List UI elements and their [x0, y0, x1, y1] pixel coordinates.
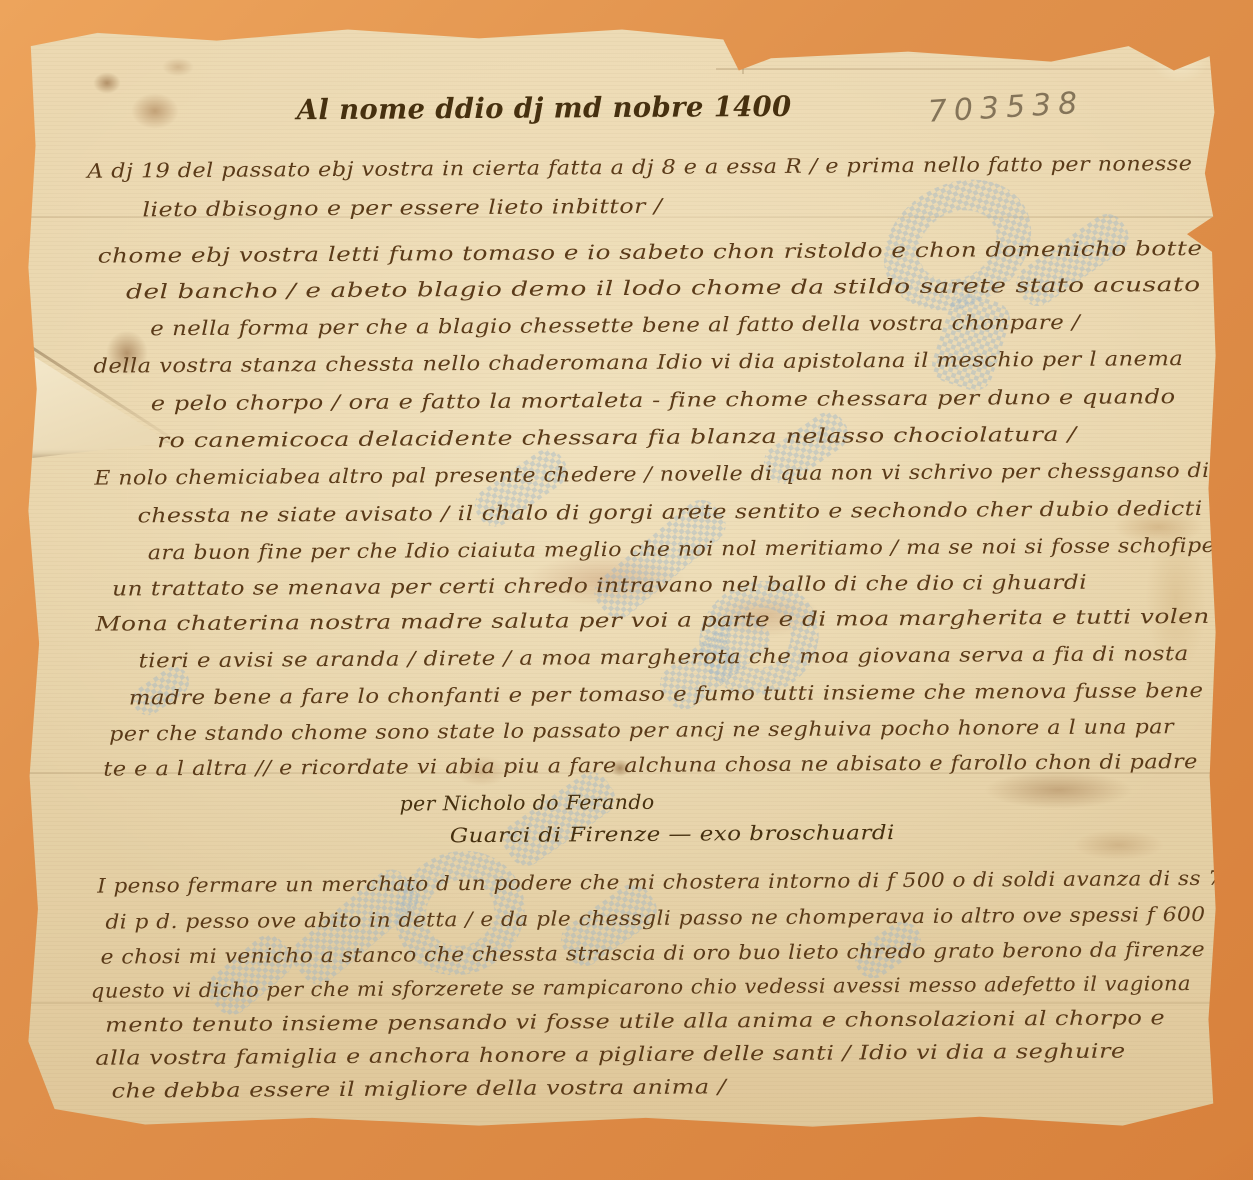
- scanned-manuscript: 703538 Al nome ddio dj md nobre 1400A dj…: [0, 0, 1253, 1180]
- manuscript-line: e chosi mi venicho a stanco che chessta …: [101, 939, 1206, 967]
- manuscript-line: A dj 19 del passato ebj vostra in cierta…: [87, 153, 1192, 181]
- manuscript-line: alla vostra famiglia e anchora honore a …: [95, 1040, 1125, 1067]
- manuscript-line: ro canemicoca delacidente chessara fia b…: [157, 424, 1077, 450]
- manuscript-line: un trattato se menava per certi chredo i…: [112, 572, 1087, 599]
- manuscript-line: questo vi dicho per che mi sforzerete se…: [91, 973, 1191, 1001]
- archive-number: 703538: [927, 84, 1119, 130]
- manuscript-text: 703538 Al nome ddio dj md nobre 1400A dj…: [22, 20, 1222, 1134]
- manuscript-line: tieri e avisi se aranda / direte / a moa…: [139, 643, 1189, 670]
- signature-line: per Nicholo do Ferando: [400, 792, 655, 814]
- fold-crease: [742, 26, 744, 74]
- manuscript-line: della vostra stanza chessta nello chader…: [93, 348, 1183, 376]
- manuscript-line: I penso fermare un merchato d un podere …: [97, 868, 1222, 896]
- manuscript-line: ara buon fine per che Idio ciaiuta megli…: [148, 535, 1223, 563]
- manuscript-line: lieto dbisogno e per essere lieto inbitt…: [142, 196, 662, 220]
- manuscript-line: e pelo chorpo / ora e fatto la mortaleta…: [151, 386, 1176, 413]
- manuscript-line: di p d. pesso ove abito in detta / e da …: [105, 904, 1205, 932]
- manuscript-page: 703538 Al nome ddio dj md nobre 1400A dj…: [26, 24, 1218, 1130]
- manuscript-line: E nolo chemiciabea altro pal presente ch…: [94, 460, 1209, 488]
- manuscript-line: e nella forma per che a blagio chessette…: [150, 312, 1080, 338]
- manuscript-line: madre bene a fare lo chonfanti e per tom…: [129, 680, 1204, 708]
- manuscript-line: chome ebj vostra letti fumo tomaso e io …: [98, 238, 1203, 266]
- header-line: Al nome ddio dj md nobre 1400: [297, 93, 792, 124]
- manuscript-line: del bancho / e abeto blagio demo il lodo…: [126, 274, 1201, 302]
- manuscript-line: mento tenuto insieme pensando vi fosse u…: [105, 1007, 1165, 1034]
- manuscript-line: che debba essere il migliore della vostr…: [112, 1076, 727, 1100]
- manuscript-line: te e a l altra // e ricordate vi abia pi…: [103, 751, 1198, 779]
- manuscript-line: per che stando chome sono state lo passa…: [109, 716, 1174, 743]
- signature-line: Guarci di Firenze — exo broschuardi: [450, 822, 895, 845]
- manuscript-line: Mona chaterina nostra madre saluta per v…: [95, 606, 1210, 634]
- manuscript-line: chessta ne siate avisato / il chalo di g…: [137, 498, 1202, 525]
